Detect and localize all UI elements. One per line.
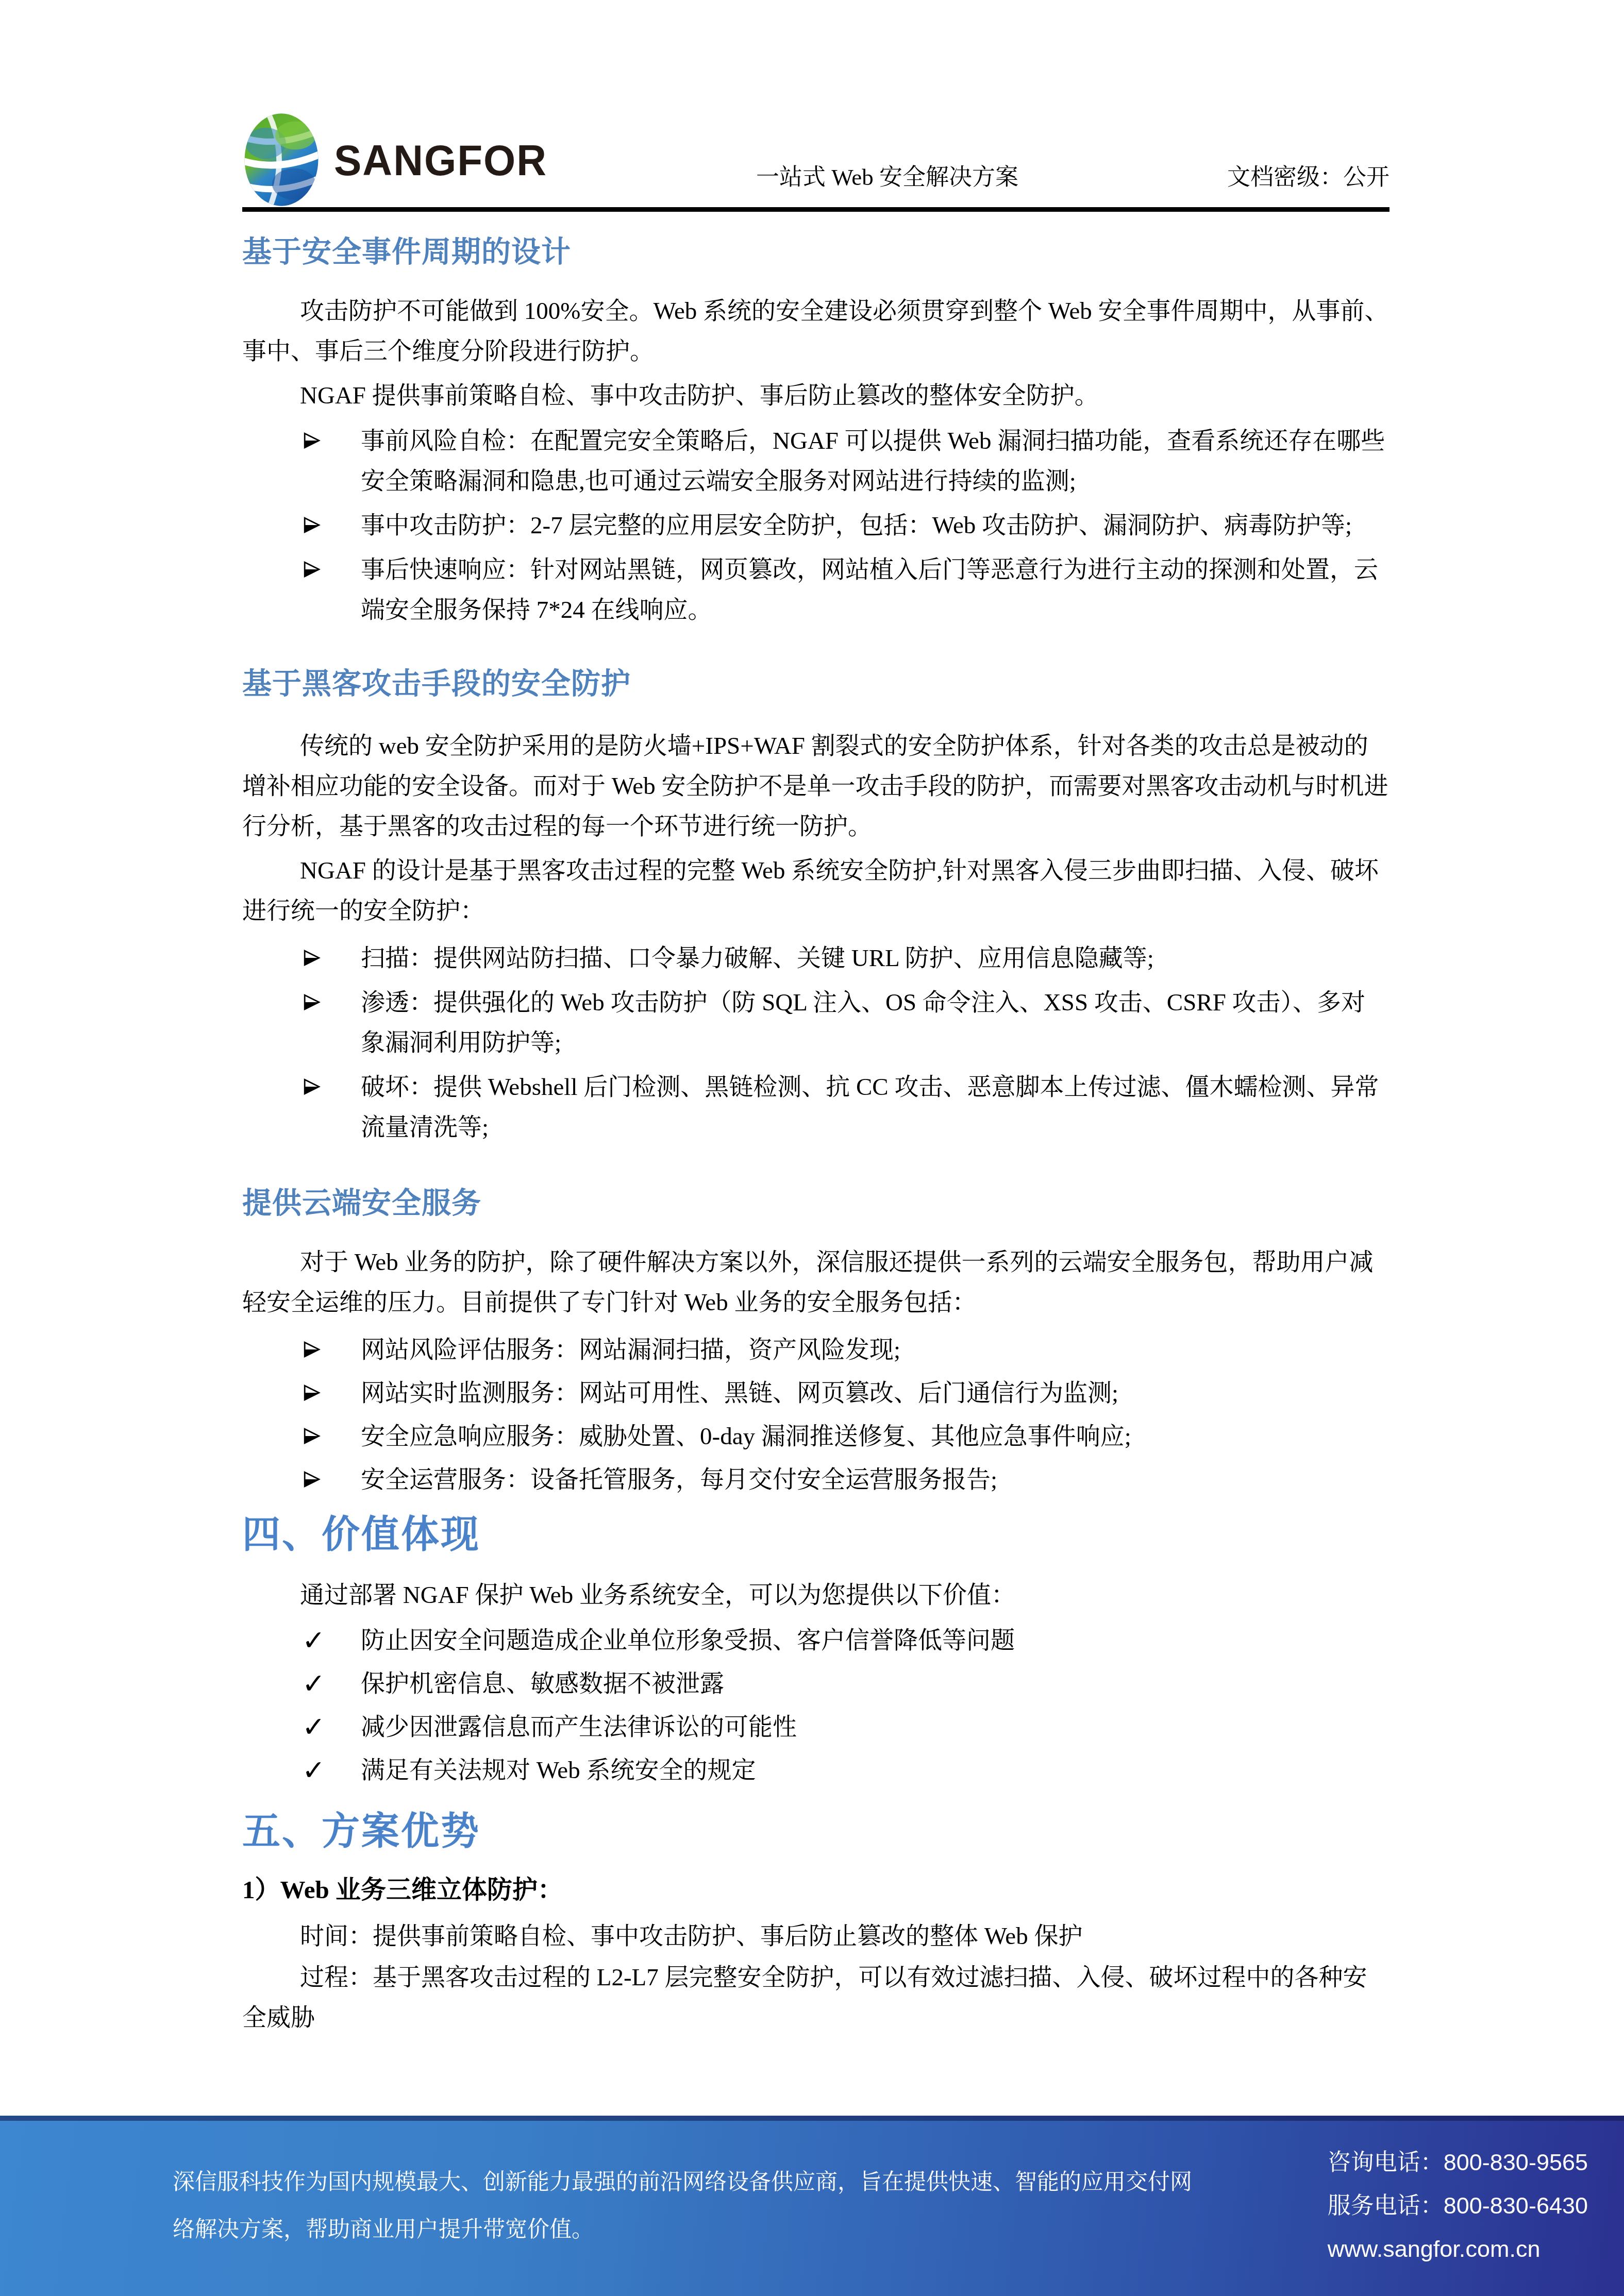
arrow-bullet-icon [303,561,321,578]
footer-about-text: 深信服科技作为国内规模最大、创新能力最强的前沿网络设备供应商，旨在提供快速、智能… [173,2158,1196,2253]
paragraph: 过程：基于黑客攻击过程的 L2-L7 层完整安全防护，可以有效过滤扫描、入侵、破… [242,1957,1389,2038]
check-icon: ✓ [302,1620,325,1661]
bullet-text: 破坏：提供 Webshell 后门检测、黑链检测、抗 CC 攻击、恶意脚本上传过… [361,1074,1379,1141]
arrow-bullet-item: 网站实时监测服务：网站可用性、黑链、网页篡改、后门通信行为监测; [242,1373,1389,1413]
document-header: SANGFOR 一站式 Web 安全解决方案 文档密级：公开 [242,0,1389,205]
arrow-bullet-icon [303,993,321,1011]
bullet-text: 渗透：提供强化的 Web 攻击防护（防 SQL 注入、OS 命令注入、XSS 攻… [361,989,1365,1056]
check-item: ✓ 防止因安全问题造成企业单位形象受损、客户信誉降低等问题 [242,1620,1389,1661]
bullet-text: 事前风险自检：在配置完安全策略后，NGAF 可以提供 Web 漏洞扫描功能，查看… [361,428,1385,495]
bullet-text: 网站风险评估服务：网站漏洞扫描，资产风险发现; [361,1337,900,1363]
check-text: 满足有关法规对 Web 系统安全的规定 [361,1757,756,1784]
check-icon: ✓ [302,1664,325,1704]
header-classification: 文档密级：公开 [1227,158,1389,205]
arrow-bullet-icon [303,1384,321,1402]
header-doc-title: 一站式 Web 安全解决方案 [547,158,1227,205]
check-item: ✓ 减少因泄露信息而产生法律诉讼的可能性 [242,1707,1389,1747]
arrow-bullet-item: 安全应急响应服务：威胁处置、0-day 漏洞推送修复、其他应急事件响应; [242,1416,1389,1457]
check-icon: ✓ [302,1707,325,1747]
paragraph: 对于 Web 业务的防护，除了硬件解决方案以外，深信服还提供一系列的云端安全服务… [242,1242,1389,1323]
bullet-text: 安全运营服务：设备托管服务，每月交付安全运营服务报告; [361,1466,997,1493]
bullet-list: 扫描：提供网站防扫描、口令暴力破解、关键 URL 防护、应用信息隐藏等; 渗透：… [242,938,1389,1147]
paragraph: NGAF 的设计是基于黑客攻击过程的完整 Web 系统安全防护,针对黑客入侵三步… [242,851,1389,931]
arrow-bullet-item: 扫描：提供网站防扫描、口令暴力破解、关键 URL 防护、应用信息隐藏等; [242,938,1389,978]
document-page: { "header": { "brand": "SANGFOR", "doc_t… [0,0,1624,2296]
brand-text: SANGFOR [334,136,547,185]
sangfor-logo: SANGFOR [242,116,547,205]
arrow-bullet-item: 事前风险自检：在配置完安全策略后，NGAF 可以提供 Web 漏洞扫描功能，查看… [242,421,1389,501]
footer-inner: 深信服科技作为国内规模最大、创新能力最强的前沿网络设备供应商，旨在提供快速、智能… [0,2116,1624,2296]
arrow-bullet-icon [303,949,321,967]
bullet-list: 网站风险评估服务：网站漏洞扫描，资产风险发现; 网站实时监测服务：网站可用性、黑… [242,1330,1389,1500]
bullet-text: 网站实时监测服务：网站可用性、黑链、网页篡改、后门通信行为监测; [361,1380,1118,1407]
check-text: 减少因泄露信息而产生法律诉讼的可能性 [361,1714,797,1741]
bullet-text: 扫描：提供网站防扫描、口令暴力破解、关键 URL 防护、应用信息隐藏等; [361,945,1154,972]
check-text: 保护机密信息、敏感数据不被泄露 [361,1670,724,1697]
arrow-bullet-item: 事后快速响应：针对网站黑链，网页篡改，网站植入后门等恶意行为进行主动的探测和处置… [242,550,1389,630]
arrow-bullet-item: 渗透：提供强化的 Web 攻击防护（防 SQL 注入、OS 命令注入、XSS 攻… [242,983,1389,1063]
paragraph: 通过部署 NGAF 保护 Web 业务系统安全，可以为您提供以下价值： [242,1575,1389,1615]
arrow-bullet-icon [303,432,321,449]
arrow-bullet-item: 网站风险评估服务：网站漏洞扫描，资产风险发现; [242,1330,1389,1370]
page-content: SANGFOR 一站式 Web 安全解决方案 文档密级：公开 基于安全事件周期的… [0,0,1624,2038]
check-item: ✓ 满足有关法规对 Web 系统安全的规定 [242,1750,1389,1791]
arrow-bullet-icon [303,516,321,534]
check-text: 防止因安全问题造成企业单位形象受损、客户信誉降低等问题 [361,1627,1015,1654]
paragraph: 传统的 web 安全防护采用的是防火墙+IPS+WAF 割裂式的安全防护体系，针… [242,726,1389,847]
header-divider [242,207,1389,212]
section-title-hacker: 基于黑客攻击手段的安全防护 [242,667,1389,700]
bullet-text: 事中攻击防护：2-7 层完整的应用层安全防护，包括：Web 攻击防护、漏洞防护、… [361,512,1352,539]
arrow-bullet-icon [303,1427,321,1445]
section-title-lifecycle: 基于安全事件周期的设计 [242,235,1389,268]
arrow-bullet-icon [303,1341,321,1358]
chapter-title-value: 四、价值体现 [242,1512,1389,1557]
check-item: ✓ 保护机密信息、敏感数据不被泄露 [242,1664,1389,1704]
check-icon: ✓ [302,1750,325,1791]
bullet-text: 安全应急响应服务：威胁处置、0-day 漏洞推送修复、其他应急事件响应; [361,1423,1131,1450]
section-title-cloud: 提供云端安全服务 [242,1187,1389,1220]
page-footer: 深信服科技作为国内规模最大、创新能力最强的前沿网络设备供应商，旨在提供快速、智能… [0,2116,1624,2296]
arrow-bullet-item: 事中攻击防护：2-7 层完整的应用层安全防护，包括：Web 攻击防护、漏洞防护、… [242,505,1389,546]
chapter-title-advantages: 五、方案优势 [242,1809,1389,1853]
arrow-bullet-item: 破坏：提供 Webshell 后门检测、黑链检测、抗 CC 攻击、恶意脚本上传过… [242,1067,1389,1147]
bullet-list: 事前风险自检：在配置完安全策略后，NGAF 可以提供 Web 漏洞扫描功能，查看… [242,421,1389,630]
globe-icon [242,112,321,210]
bullet-text: 事后快速响应：针对网站黑链，网页篡改，网站植入后门等恶意行为进行主动的探测和处置… [361,556,1378,623]
subsection-title: 1）Web 业务三维立体防护： [242,1874,1389,1906]
footer-phone-service: 服务电话：800-830-6430 [1328,2184,1588,2227]
footer-phone-consult: 咨询电话：800-830-9565 [1328,2141,1588,2184]
footer-contact: 咨询电话：800-830-9565 服务电话：800-830-6430 www.… [1328,2141,1588,2271]
paragraph: NGAF 提供事前策略自检、事中攻击防护、事后防止篡改的整体安全防护。 [242,376,1389,416]
footer-website: www.sangfor.com.cn [1328,2227,1588,2271]
paragraph: 时间：提供事前策略自检、事中攻击防护、事后防止篡改的整体 Web 保护 [242,1916,1389,1956]
arrow-bullet-icon [303,1471,321,1488]
arrow-bullet-item: 安全运营服务：设备托管服务，每月交付安全运营服务报告; [242,1460,1389,1500]
paragraph: 攻击防护不可能做到 100%安全。Web 系统的安全建设必须贯穿到整个 Web … [242,291,1389,372]
arrow-bullet-icon [303,1078,321,1095]
check-list: ✓ 防止因安全问题造成企业单位形象受损、客户信誉降低等问题 ✓ 保护机密信息、敏… [242,1620,1389,1791]
